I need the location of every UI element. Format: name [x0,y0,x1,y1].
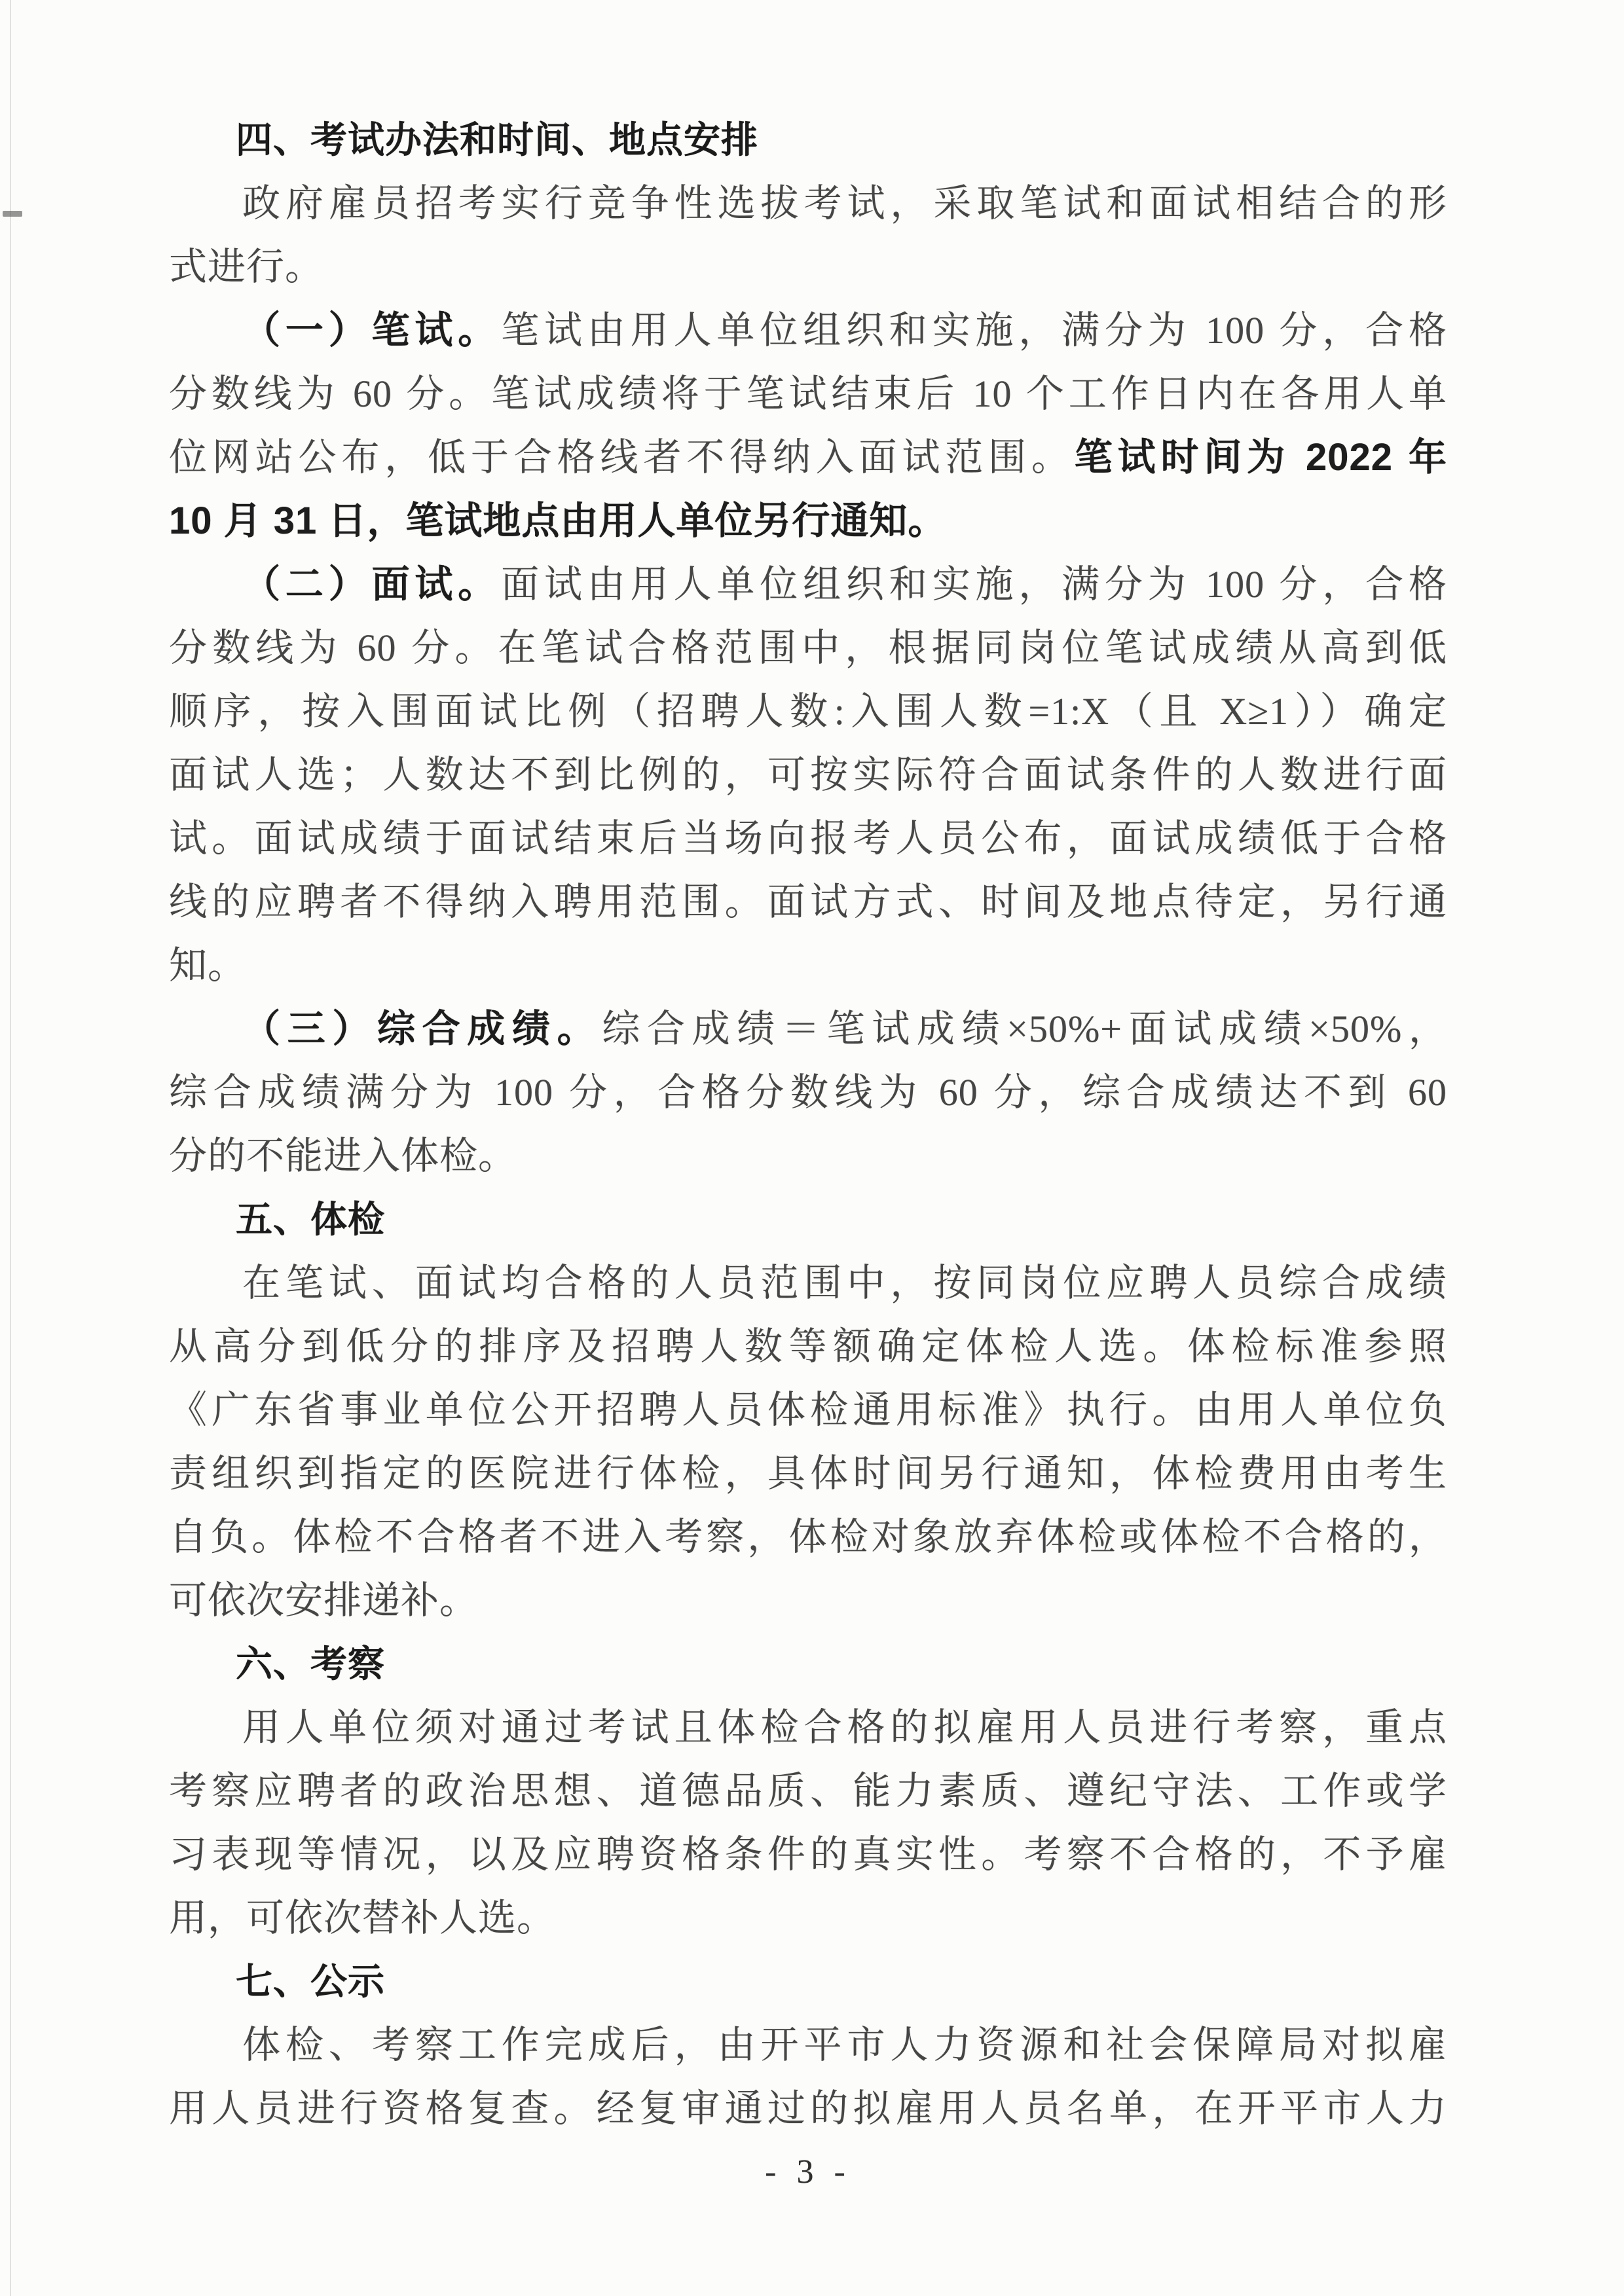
doc-line: 10 月 31 日，笔试地点由用人单位另行通知。 [169,489,1447,553]
doc-line: 用人员进行资格复查。经复审通过的拟雇用人员名单，在开平市人力 [169,2077,1447,2140]
doc-line: 考察应聘者的政治思想、道德品质、能力素质、遵纪守法、工作或学 [169,1759,1447,1823]
text-segment: 分数线为 60 分。笔试成绩将于笔试结束后 10 个工作日内在各用人单 [169,373,1447,415]
text-segment: 综合成绩满分为 100 分，合格分数线为 60 分，综合成绩达不到 60 [169,1071,1447,1114]
section-heading-7: 七、公示 [169,1950,1447,2013]
text-segment: 知。 [169,944,246,987]
text-segment: 分的不能进入体检。 [169,1135,517,1177]
text-segment: 式进行。 [169,246,323,288]
doc-line: 分数线为 60 分。在笔试合格范围中，根据同岗位笔试成绩从高到低 [169,616,1447,680]
text-segment: 在笔试、面试均合格的人员范围中，按同岗位应聘人员综合成绩 [242,1262,1447,1304]
bold-text-segment: （三）综合成绩。 [242,1008,602,1050]
text-segment: 综合成绩＝笔试成绩×50%+面试成绩×50%， [602,1008,1447,1050]
text-segment: 考察应聘者的政治思想、道德品质、能力素质、遵纪守法、工作或学 [169,1770,1447,1812]
doc-line: 责组织到指定的医院进行体检，具体时间另行通知，体检费用由考生 [169,1442,1447,1505]
text-segment: 用人员进行资格复查。经复审通过的拟雇用人员名单，在开平市人力 [169,2087,1447,2130]
doc-line: 自负。体检不合格者不进入考察，体检对象放弃体检或体检不合格的， [169,1505,1447,1569]
text-segment: 顺序，按入围面试比例（招聘人数:入围人数=1:X（且 X≥1））确定 [169,690,1447,733]
text-segment: 体检、考察工作完成后，由开平市人力资源和社会保障局对拟雇 [242,2024,1447,2066]
text-segment: 习表现等情况，以及应聘资格条件的真实性。考察不合格的，不予雇 [169,1833,1447,1876]
page-number: - 3 - [169,2140,1447,2204]
bold-text-segment: 笔试时间为 2022 年 [1075,436,1447,479]
doc-line: 顺序，按入围面试比例（招聘人数:入围人数=1:X（且 X≥1））确定 [169,680,1447,743]
doc-line: （一）笔试。笔试由用人单位组织和实施，满分为 100 分，合格 [169,299,1447,362]
text-segment: 自负。体检不合格者不进入考察，体检对象放弃体检或体检不合格的， [169,1516,1447,1558]
doc-line: 《广东省事业单位公开招聘人员体检通用标准》执行。由用人单位负 [169,1378,1447,1442]
text-segment: 用人单位须对通过考试且体检合格的拟雇用人员进行考察，重点 [242,1706,1447,1749]
text-segment: 试。面试成绩于面试结束后当场向报考人员公布，面试成绩低于合格 [169,817,1447,860]
document-body: 四、考试办法和时间、地点安排 政府雇员招考实行竞争性选拔考试，采取笔试和面试相结… [169,108,1447,2204]
doc-line: 分的不能进入体检。 [169,1124,1447,1188]
text-segment: 线的应聘者不得纳入聘用范围。面试方式、时间及地点待定，另行通 [169,881,1447,923]
heading-text: 六、考察 [236,1643,385,1685]
scanned-document-page: 四、考试办法和时间、地点安排 政府雇员招考实行竞争性选拔考试，采取笔试和面试相结… [0,0,1624,2296]
heading-text: 七、公示 [236,1961,385,2002]
text-segment: 分数线为 60 分。在笔试合格范围中，根据同岗位笔试成绩从高到低 [169,627,1447,669]
text-segment: 面试由用人单位组织和实施，满分为 100 分，合格 [501,563,1447,606]
section-heading-6: 六、考察 [169,1632,1447,1696]
doc-line: 政府雇员招考实行竞争性选拔考试，采取笔试和面试相结合的形 [169,172,1447,235]
doc-line: 用人单位须对通过考试且体检合格的拟雇用人员进行考察，重点 [169,1696,1447,1759]
text-segment: 从高分到低分的排序及招聘人数等额确定体检人选。体检标准参照 [169,1325,1447,1368]
doc-line: （三）综合成绩。综合成绩＝笔试成绩×50%+面试成绩×50%， [169,997,1447,1061]
section-heading-4: 四、考试办法和时间、地点安排 [169,108,1447,172]
doc-line: 可依次安排递补。 [169,1569,1447,1632]
doc-line: 分数线为 60 分。笔试成绩将于笔试结束后 10 个工作日内在各用人单 [169,362,1447,426]
doc-line: 在笔试、面试均合格的人员范围中，按同岗位应聘人员综合成绩 [169,1251,1447,1315]
bold-text-segment: （二）面试。 [242,563,501,606]
text-segment: 用，可依次替补人选。 [169,1897,555,1939]
doc-line: 体检、考察工作完成后，由开平市人力资源和社会保障局对拟雇 [169,2013,1447,2077]
text-segment: 政府雇员招考实行竞争性选拔考试，采取笔试和面试相结合的形 [242,182,1447,225]
scan-edge-line [10,0,11,2296]
doc-line: 知。 [169,934,1447,997]
text-segment: 可依次安排递补。 [169,1579,478,1622]
doc-line: 线的应聘者不得纳入聘用范围。面试方式、时间及地点待定，另行通 [169,870,1447,934]
heading-text: 五、体检 [236,1199,385,1240]
doc-line: 位网站公布，低于合格线者不得纳入面试范围。笔试时间为 2022 年 [169,426,1447,489]
doc-line: 面试人选；人数达不到比例的，可按实际符合面试条件的人数进行面 [169,743,1447,807]
bold-text-segment: （一）笔试。 [242,309,501,352]
doc-line: 综合成绩满分为 100 分，合格分数线为 60 分，综合成绩达不到 60 [169,1061,1447,1124]
doc-line: （二）面试。面试由用人单位组织和实施，满分为 100 分，合格 [169,553,1447,616]
doc-line: 试。面试成绩于面试结束后当场向报考人员公布，面试成绩低于合格 [169,807,1447,870]
text-segment: 《广东省事业单位公开招聘人员体检通用标准》执行。由用人单位负 [169,1389,1447,1431]
text-segment: 位网站公布，低于合格线者不得纳入面试范围。 [169,436,1075,479]
text-segment: 面试人选；人数达不到比例的，可按实际符合面试条件的人数进行面 [169,754,1447,796]
section-heading-5: 五、体检 [169,1188,1447,1251]
doc-line: 从高分到低分的排序及招聘人数等额确定体检人选。体检标准参照 [169,1315,1447,1378]
doc-line: 用，可依次替补人选。 [169,1886,1447,1950]
doc-line: 式进行。 [169,235,1447,299]
bold-text-segment: 10 月 31 日，笔试地点由用人单位另行通知。 [169,500,946,542]
scan-mark [3,211,22,217]
heading-text: 四、考试办法和时间、地点安排 [236,119,758,160]
text-segment: 责组织到指定的医院进行体检，具体时间另行通知，体检费用由考生 [169,1452,1447,1495]
text-segment: 笔试由用人单位组织和实施，满分为 100 分，合格 [501,309,1447,352]
doc-line: 习表现等情况，以及应聘资格条件的真实性。考察不合格的，不予雇 [169,1823,1447,1886]
